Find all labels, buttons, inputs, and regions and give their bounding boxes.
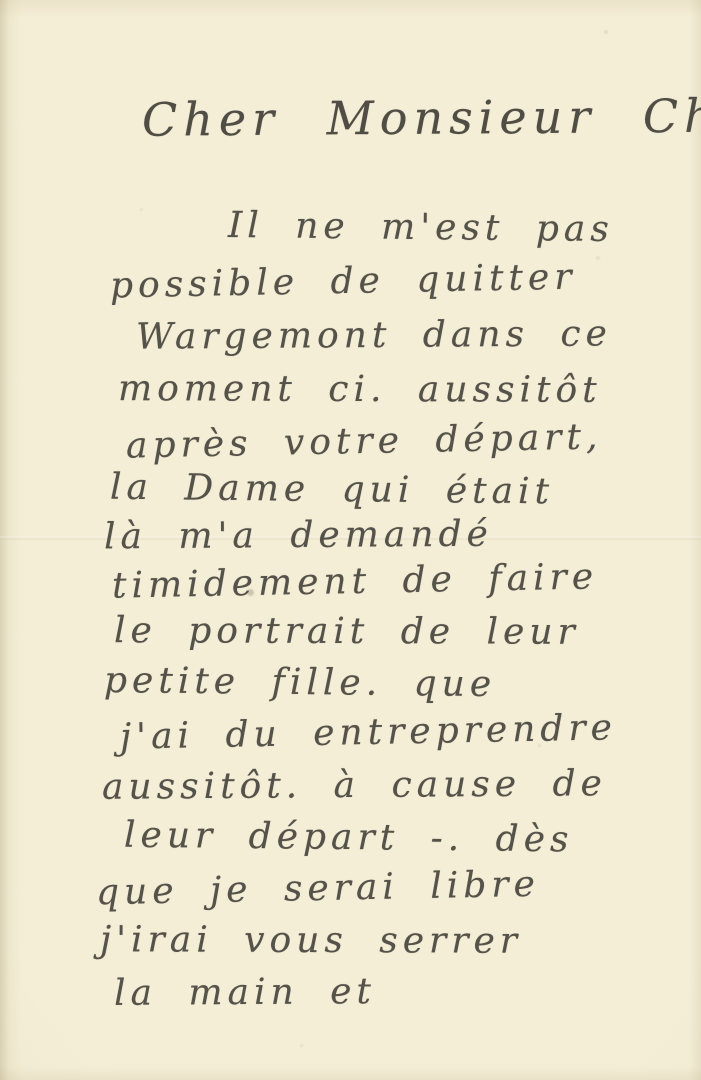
handwriting-line: après votre départ,: [126, 417, 603, 466]
handwriting-line: que je serai libre: [96, 865, 541, 913]
handwriting-line: j'ai du entreprendre: [120, 708, 618, 757]
handwriting-line: là m'a demandé: [104, 515, 493, 557]
handwriting-line: la main et: [114, 972, 376, 1013]
foxing-spot: [596, 256, 600, 260]
foxing-spot: [300, 1044, 303, 1047]
handwriting-line: possible de quitter: [110, 258, 577, 307]
handwriting-line: Il ne m'est pas: [228, 206, 614, 250]
foxing-spot: [604, 30, 608, 34]
handwriting-line: petite fille. que: [104, 661, 497, 705]
foxing-spot: [140, 208, 143, 211]
handwriting-line: timidement de faire: [112, 557, 599, 606]
handwriting-line: leur départ -. dès: [124, 816, 574, 860]
handwriting-line: la Dame qui était: [110, 468, 554, 512]
letter-page: Cher Monsieur Chocquet Il ne m'est pas p…: [0, 0, 701, 1080]
handwriting-line: Wargemont dans ce: [136, 314, 612, 357]
handwriting-line: aussitôt. à cause de: [102, 764, 607, 807]
handwriting-line: le portrait de leur: [114, 611, 580, 652]
salutation: Cher Monsieur Chocquet: [142, 89, 701, 145]
handwriting-line: j'irai vous serrer: [100, 920, 522, 961]
handwriting-line: moment ci. aussitôt: [118, 369, 602, 410]
